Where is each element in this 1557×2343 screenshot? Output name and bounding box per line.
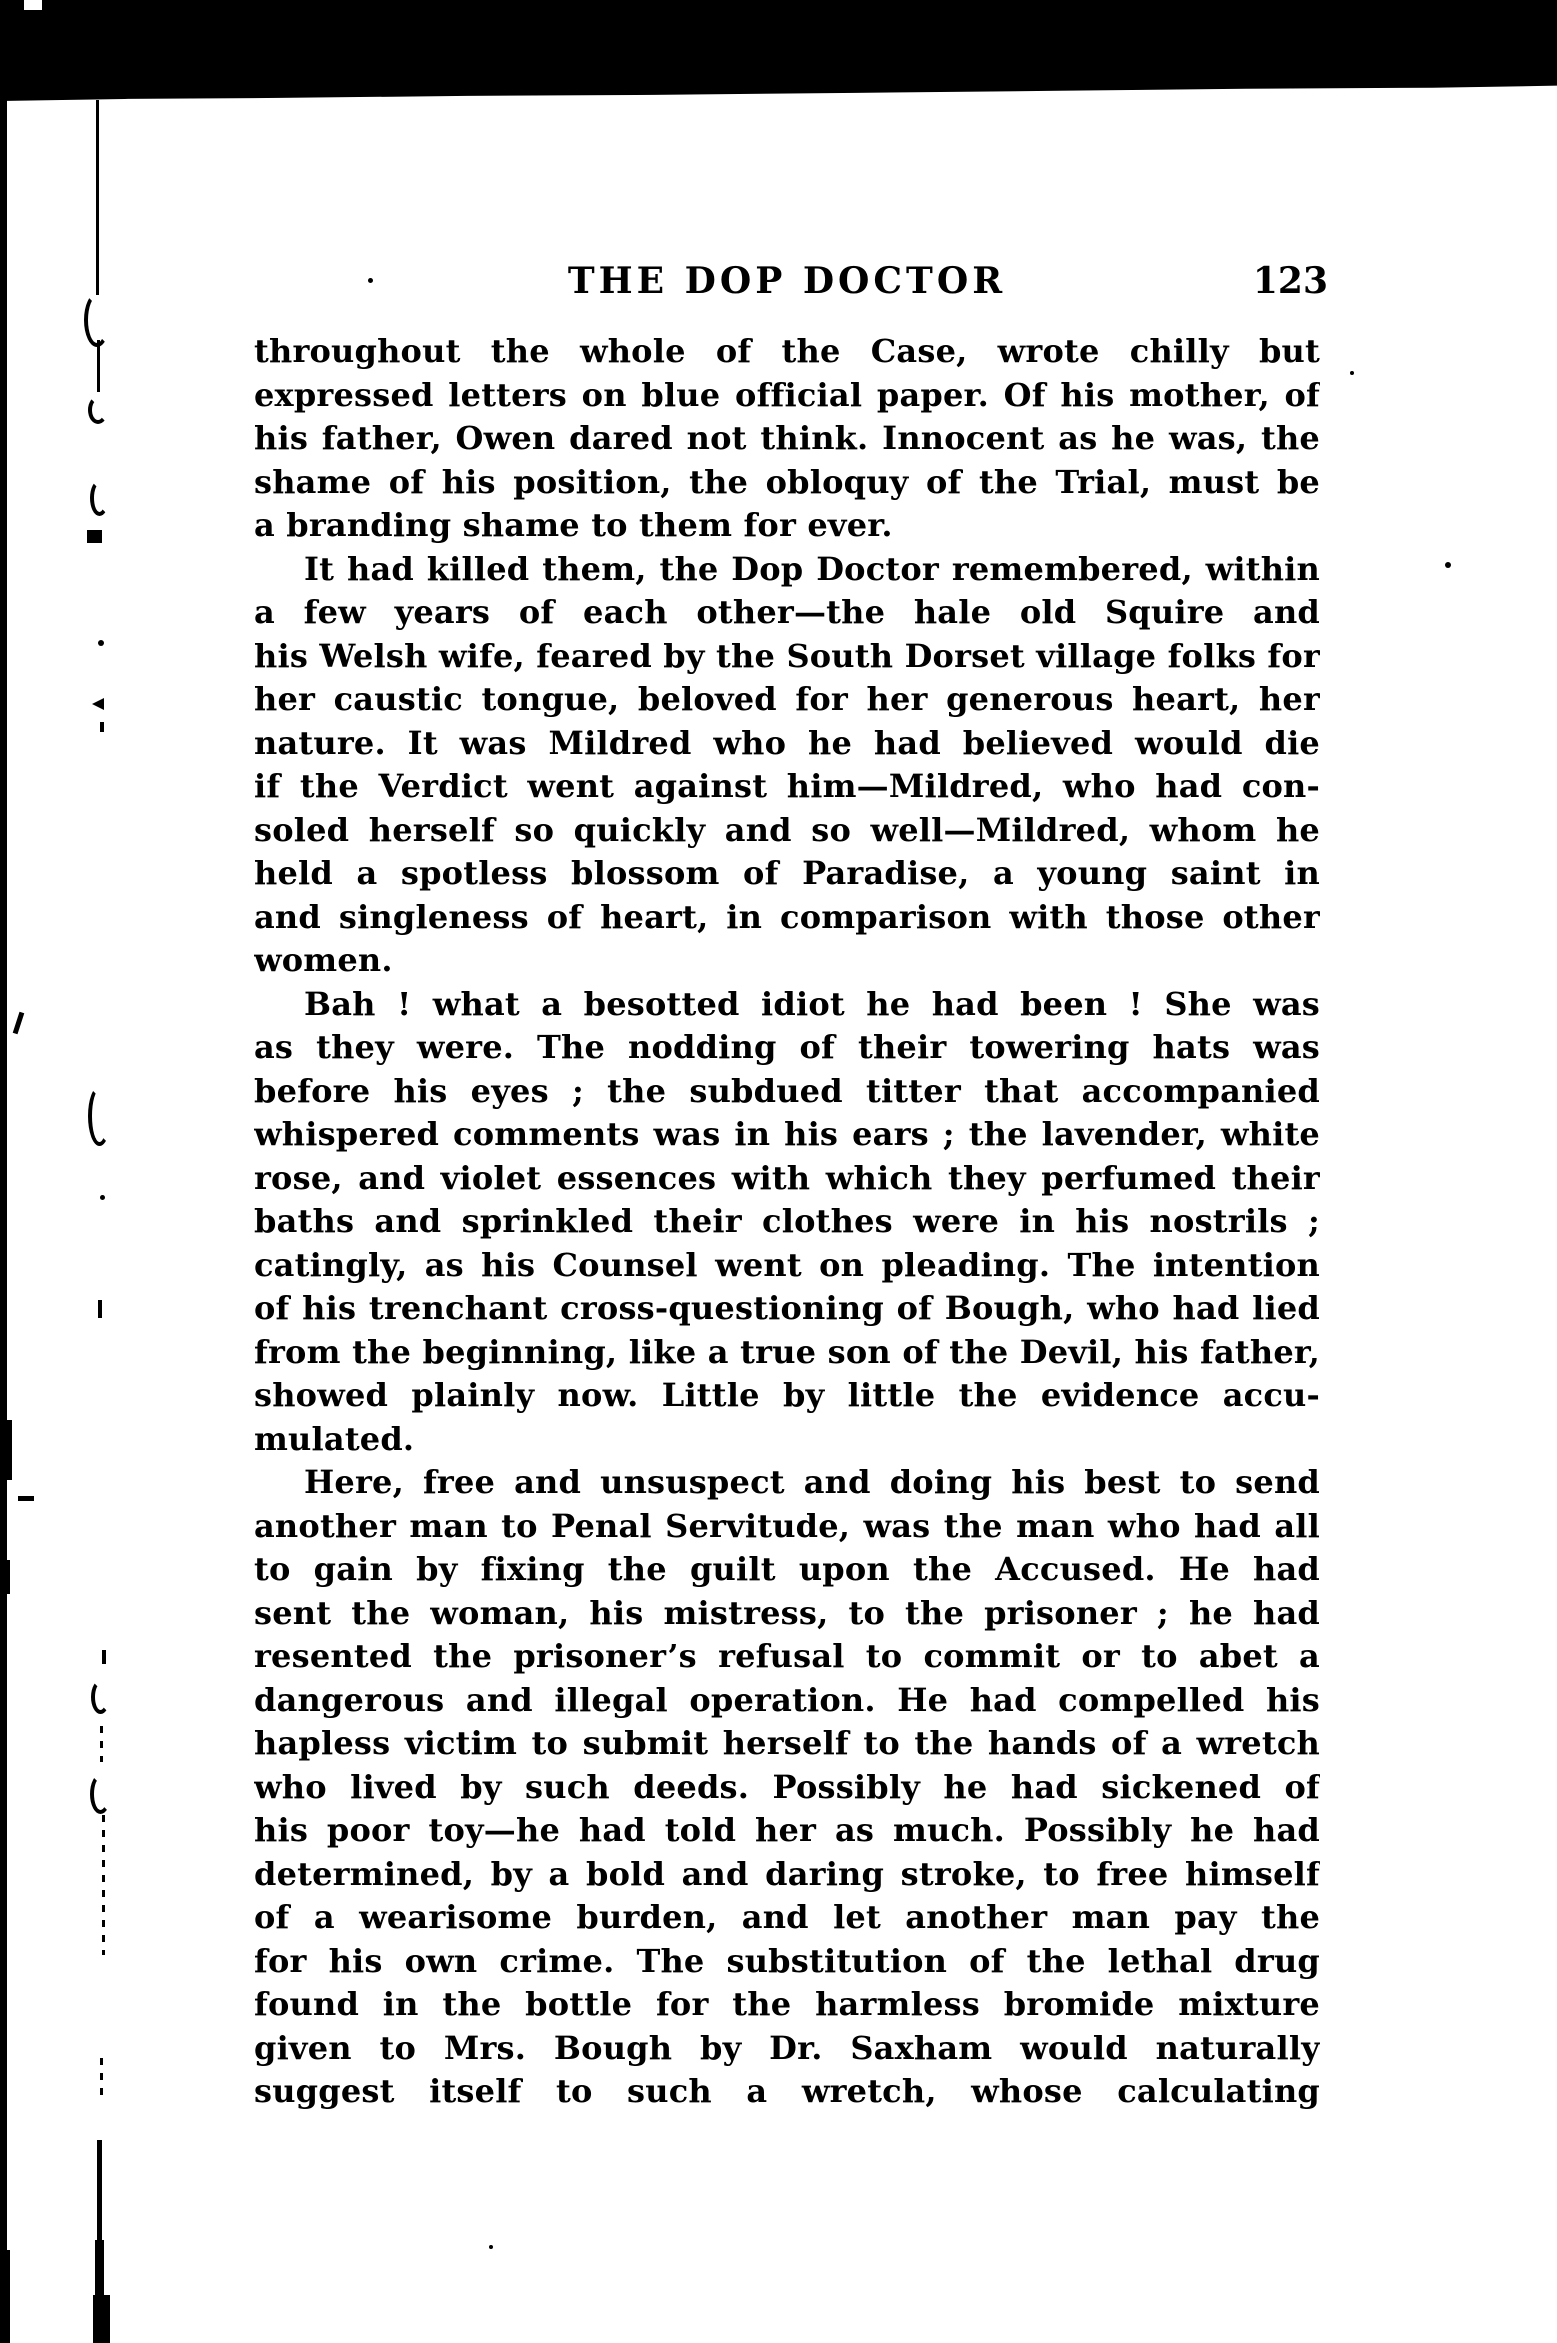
text-line: another man to Penal Servitude, was the … [254,1505,1320,1549]
scan-smudge [13,1012,25,1034]
text-line: rose, and violet essences with which the… [254,1157,1320,1201]
text-line: throughout the whole of the Case, wrote … [254,330,1320,374]
text-line: suggest itself to such a wretch, whose c… [254,2070,1320,2114]
scan-smudge [84,293,110,347]
text-line: sent the woman, his mistress, to the pri… [254,1592,1320,1636]
scan-smudge [88,396,108,424]
scan-black-band [0,0,1557,102]
text-line: baths and sprinkled their clothes were i… [254,1200,1320,1244]
running-header: THE DOP DOCTOR 123 [254,261,1320,305]
text-line: mulated. [254,1418,1320,1462]
scan-smudge [98,640,104,646]
text-line: Bah ! what a besotted idiot he had been … [254,983,1320,1027]
scan-smudge [91,1680,110,1714]
text-line: of a wearisome burden, and let another m… [254,1896,1320,1940]
scan-smudge [92,698,104,710]
text-line: if the Verdict went against him—Mildred,… [254,765,1320,809]
scanned-book-page: THE DOP DOCTOR 123 throughout the whole … [0,0,1557,2343]
text-line: determined, by a bold and daring stroke,… [254,1853,1320,1897]
scan-smudge [97,2140,102,2250]
text-line: women. [254,939,1320,983]
text-line: hapless victim to submit herself to the … [254,1722,1320,1766]
scan-smudge [88,1086,111,1146]
scan-smudge [100,1195,105,1200]
text-line: resented the prisoner’s refusal to commi… [254,1635,1320,1679]
text-line: a few years of each other—the hale old S… [254,591,1320,635]
text-line: given to Mrs. Bough by Dr. Saxham would … [254,2027,1320,2071]
scan-smudge [98,1300,102,1318]
text-line: and singleness of heart, in comparison w… [254,896,1320,940]
scan-smudge [489,2245,493,2249]
text-line: shame of his position, the obloquy of th… [254,461,1320,505]
text-line: expressed letters on blue official paper… [254,374,1320,418]
text-line: soled herself so quickly and so well—Mil… [254,809,1320,853]
text-line: found in the bottle for the harmless bro… [254,1983,1320,2027]
scan-smudge [100,1726,103,1762]
scan-smudge [100,2058,103,2098]
body-text: throughout the whole of the Case, wrote … [254,330,1320,2114]
text-line: to gain by fixing the guilt upon the Acc… [254,1548,1320,1592]
scan-smudge [1350,371,1354,375]
scan-smudge [0,1560,10,1594]
text-line: from the beginning, like a true son of t… [254,1331,1320,1375]
text-line: his Welsh wife, feared by the South Dors… [254,635,1320,679]
text-line: catingly, as his Counsel went on pleadin… [254,1244,1320,1288]
scan-smudge [90,480,109,516]
text-line: before his eyes ; the subdued titter tha… [254,1070,1320,1114]
scan-smudge [0,1420,12,1480]
text-line: It had killed them, the Dop Doctor remem… [254,548,1320,592]
scan-smudge [93,2295,110,2343]
scan-gutter-line [97,340,100,392]
scan-smudge [102,1815,105,1955]
text-line: showed plainly now. Little by little the… [254,1374,1320,1418]
text-line: his father, Owen dared not think. Innoce… [254,417,1320,461]
text-line: held a spotless blossom of Paradise, a y… [254,852,1320,896]
scan-left-edge-strip [0,98,7,2343]
scan-smudge [90,1774,111,1814]
text-line: as they were. The nodding of their tower… [254,1026,1320,1070]
text-line: who lived by such deeds. Possibly he had… [254,1766,1320,1810]
scan-smudge [100,722,104,732]
text-line: whispered comments was in his ears ; the… [254,1113,1320,1157]
text-line: a branding shame to them for ever. [254,504,1320,548]
scan-band-notch [24,0,42,10]
scan-smudge [87,530,102,543]
page-number: 123 [1253,261,1328,301]
text-line: nature. It was Mildred who he had believ… [254,722,1320,766]
text-line: for his own crime. The substitution of t… [254,1940,1320,1984]
page-title: THE DOP DOCTOR [568,261,1006,301]
text-line: her caustic tongue, beloved for her gene… [254,678,1320,722]
scan-smudge [0,2250,10,2343]
text-line: Here, free and unsuspect and doing his b… [254,1461,1320,1505]
scan-smudge [18,1496,34,1501]
text-line: his poor toy—he had told her as much. Po… [254,1809,1320,1853]
scan-smudge [1445,562,1451,568]
text-line: dangerous and illegal operation. He had … [254,1679,1320,1723]
scan-smudge [102,1650,106,1664]
text-line: of his trenchant cross-questioning of Bo… [254,1287,1320,1331]
scan-gutter-line [96,100,99,295]
scan-smudge [95,2240,104,2300]
